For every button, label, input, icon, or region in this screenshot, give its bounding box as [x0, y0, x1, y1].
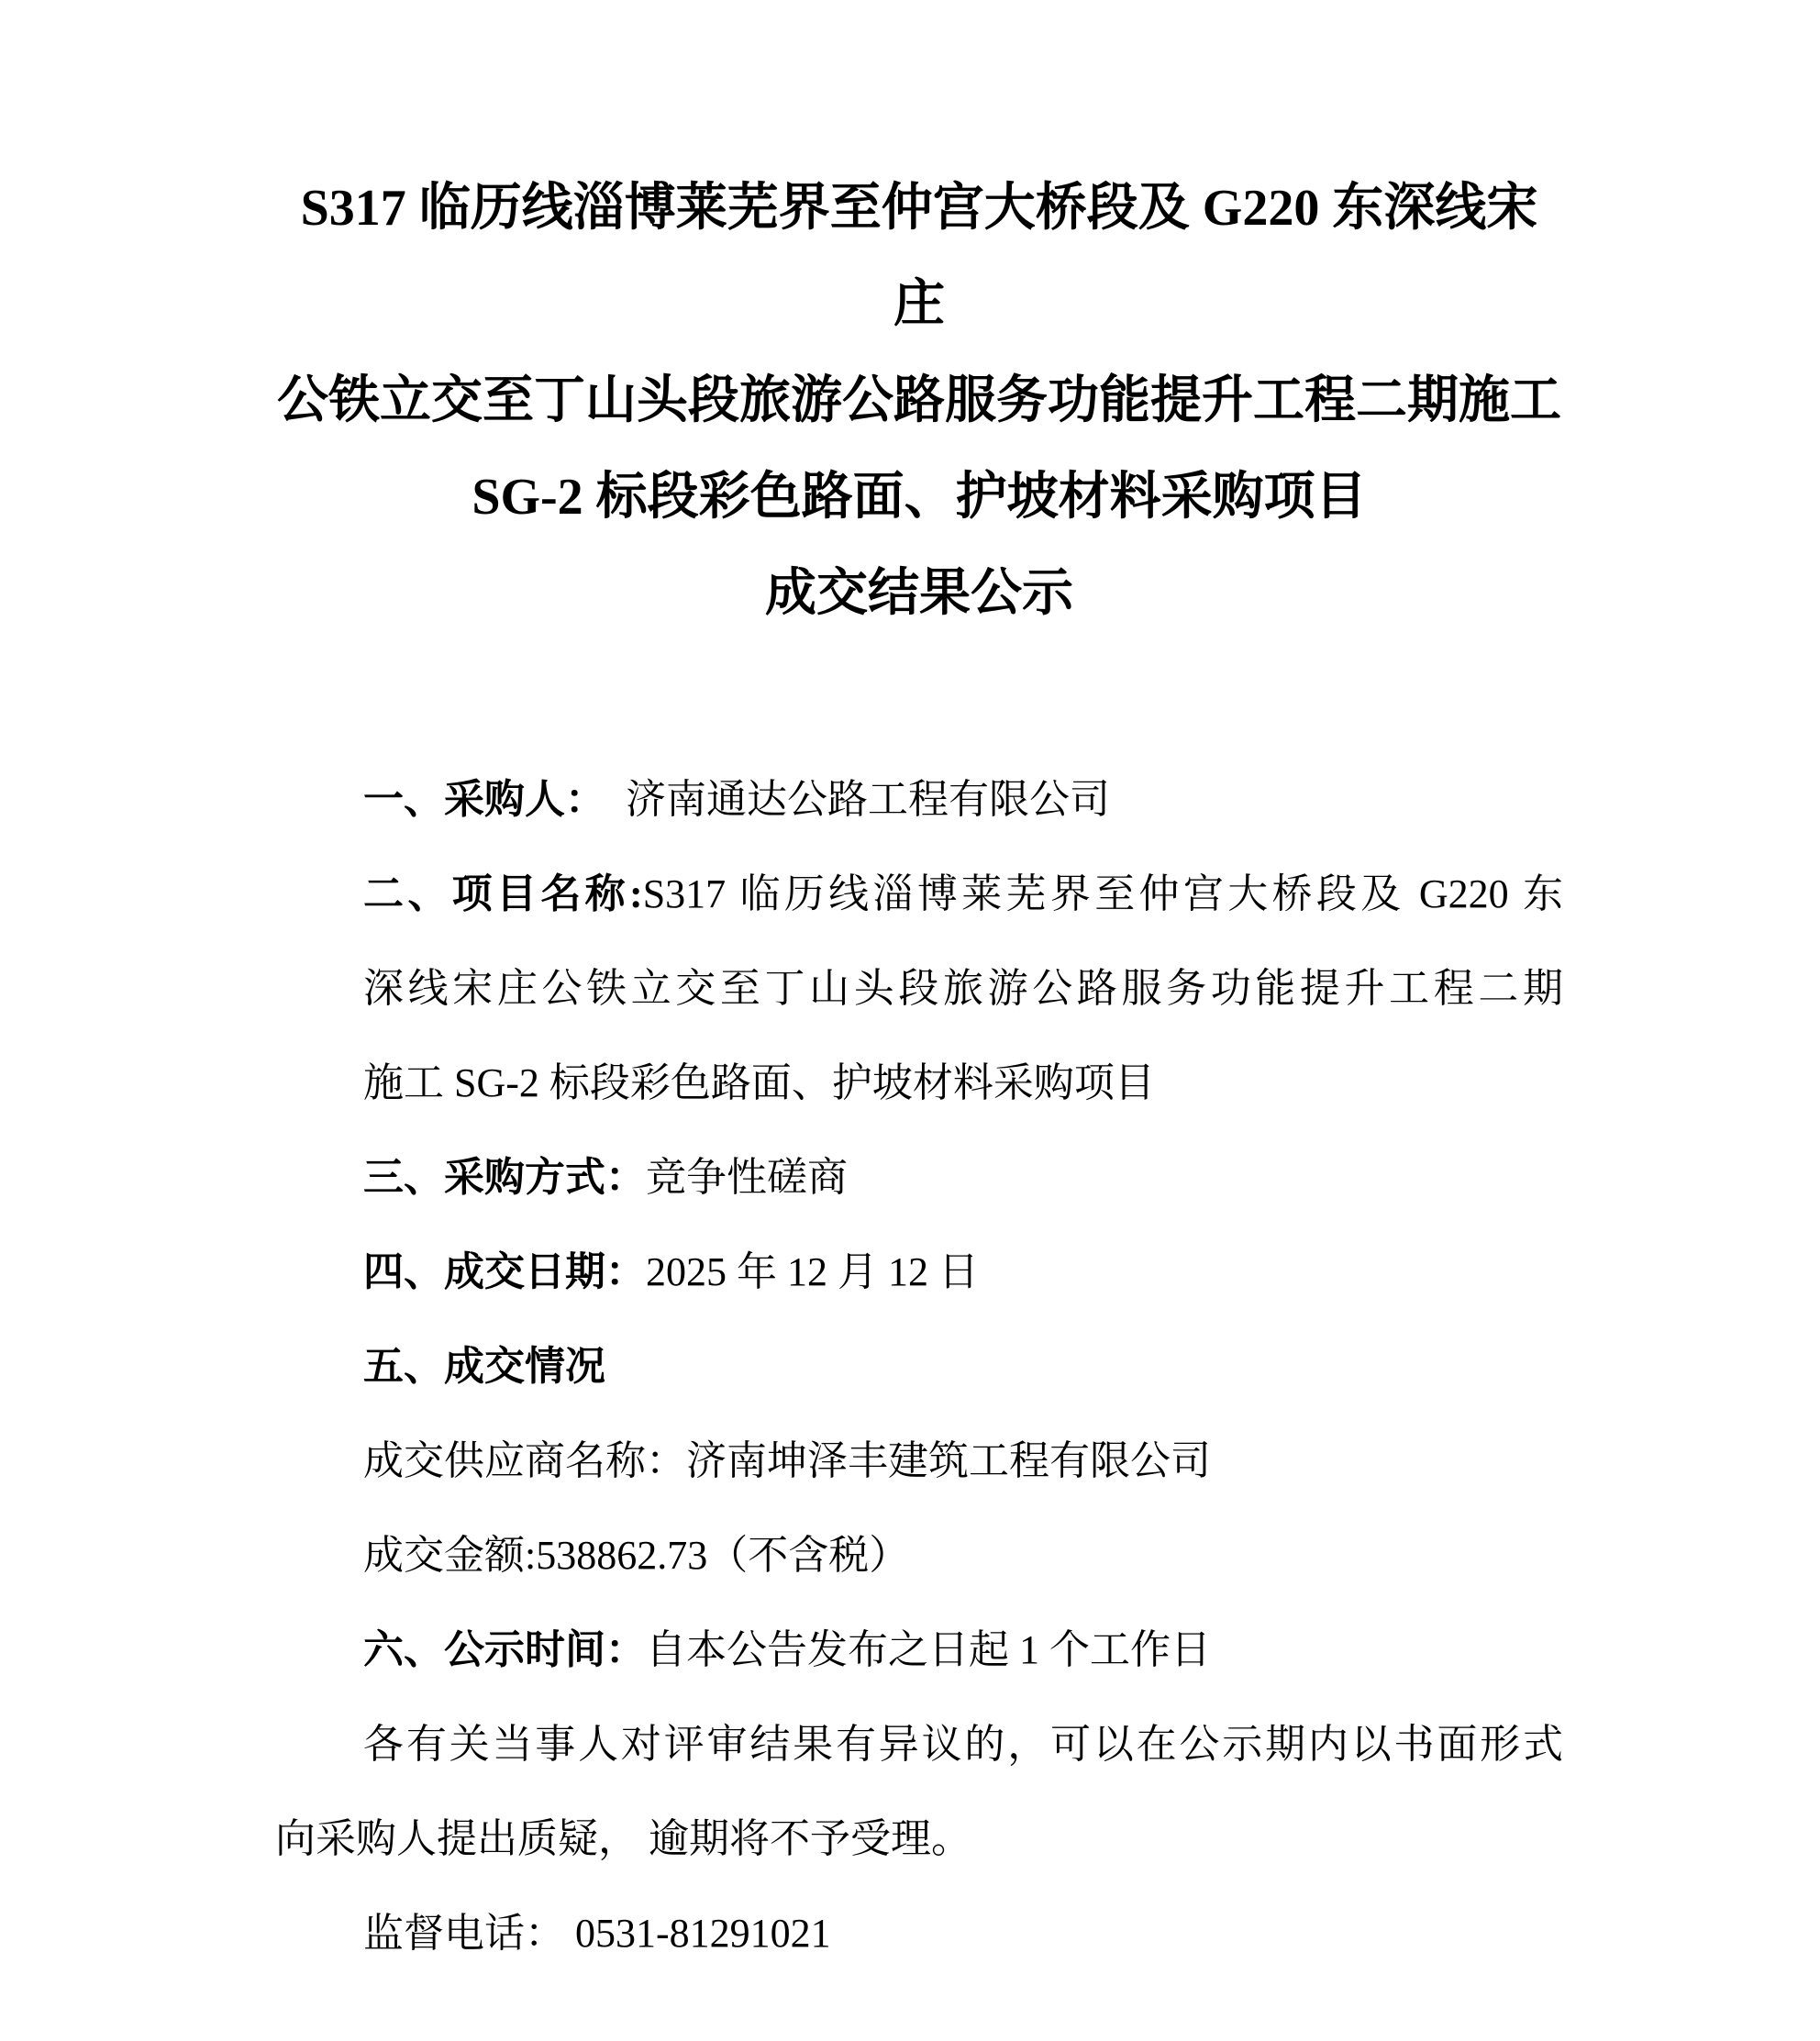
paragraph-supplier-name: 成交供应商名称：济南坤泽丰建筑工程有限公司	[275, 1414, 1563, 1508]
paragraph-project-name-line-3: 施工 SG-2 标段彩色路面、护坡材料采购项目	[275, 1036, 1563, 1130]
paragraph-procurement-method: 三、采购方式：竞争性磋商	[275, 1130, 1563, 1225]
paragraph-project-name-text-2: 深线宋庄公铁立交至丁山头段旅游公路服务功能提升工程二期	[363, 966, 1563, 1011]
paragraph-project-name-text-3: 施工 SG-2 标段彩色路面、护坡材料采购项目	[363, 1060, 1155, 1105]
paragraph-supervision-phone: 监督电话： 0531-81291021	[275, 1886, 1563, 1980]
paragraph-purchaser-text: 济南通达公路工程有限公司	[605, 777, 1110, 822]
paragraph-supervision-phone-text: 监督电话： 0531-81291021	[363, 1911, 831, 1956]
document-title: S317 临历线淄博莱芜界至仲宫大桥段及 G220 东深线宋庄 公铁立交至丁山头…	[275, 161, 1563, 642]
paragraph-project-name-label: 二、项目名称:	[363, 871, 643, 916]
paragraph-objection-text-2: 向采购人提出质疑， 逾期将不予受理。	[275, 1816, 971, 1861]
paragraph-publicity-period: 六、公示时间：自本公告发布之日起 1 个工作日	[275, 1603, 1563, 1697]
paragraph-objection-line-1: 各有关当事人对评审结果有异议的，可以在公示期内以书面形式	[275, 1697, 1563, 1791]
paragraph-publicity-period-text: 自本公告发布之日起 1 个工作日	[646, 1627, 1211, 1672]
paragraph-deal-status-label: 五、成交情况	[363, 1344, 605, 1389]
paragraph-project-name-text-1: S317 临历线淄博莱芜界至仲宫大桥段及 G220 东	[643, 871, 1563, 916]
paragraph-deal-date: 四、成交日期：2025 年 12 月 12 日	[275, 1225, 1563, 1319]
paragraph-deal-status-heading: 五、成交情况	[275, 1319, 1563, 1414]
paragraph-purchaser-label: 一、采购人：	[363, 777, 605, 822]
title-line-4: 成交结果公示	[275, 546, 1563, 642]
paragraph-deal-date-text: 2025 年 12 月 12 日	[646, 1249, 979, 1294]
paragraph-project-name-line-1: 二、项目名称:S317 临历线淄博莱芜界至仲宫大桥段及 G220 东	[275, 847, 1563, 941]
paragraph-deal-amount-text: 成交金额:538862.73（不含税）	[363, 1533, 909, 1578]
paragraph-deal-date-label: 四、成交日期：	[363, 1249, 646, 1294]
paragraph-purchaser: 一、采购人： 济南通达公路工程有限公司	[275, 752, 1563, 847]
title-line-1: S317 临历线淄博莱芜界至仲宫大桥段及 G220 东深线宋庄	[275, 161, 1563, 353]
title-line-3: SG-2 标段彩色路面、护坡材料采购项目	[275, 449, 1563, 546]
paragraph-deal-amount: 成交金额:538862.73（不含税）	[275, 1508, 1563, 1603]
paragraph-supplier-name-text: 成交供应商名称：济南坤泽丰建筑工程有限公司	[363, 1438, 1211, 1483]
paragraph-publicity-period-label: 六、公示时间：	[363, 1627, 646, 1672]
paragraph-objection-line-2: 向采购人提出质疑， 逾期将不予受理。	[275, 1791, 1563, 1886]
paragraph-project-name-line-2: 深线宋庄公铁立交至丁山头段旅游公路服务功能提升工程二期	[275, 941, 1563, 1036]
paragraph-procurement-method-text: 竞争性磋商	[646, 1155, 848, 1200]
document-body: 一、采购人： 济南通达公路工程有限公司 二、项目名称:S317 临历线淄博莱芜界…	[275, 752, 1563, 1980]
document-page: S317 临历线淄博莱芜界至仲宫大桥段及 G220 东深线宋庄 公铁立交至丁山头…	[0, 0, 1820, 2041]
title-line-2: 公铁立交至丁山头段旅游公路服务功能提升工程二期施工	[275, 353, 1563, 449]
paragraph-procurement-method-label: 三、采购方式：	[363, 1155, 646, 1200]
paragraph-objection-text-1: 各有关当事人对评审结果有异议的，可以在公示期内以书面形式	[363, 1722, 1563, 1767]
